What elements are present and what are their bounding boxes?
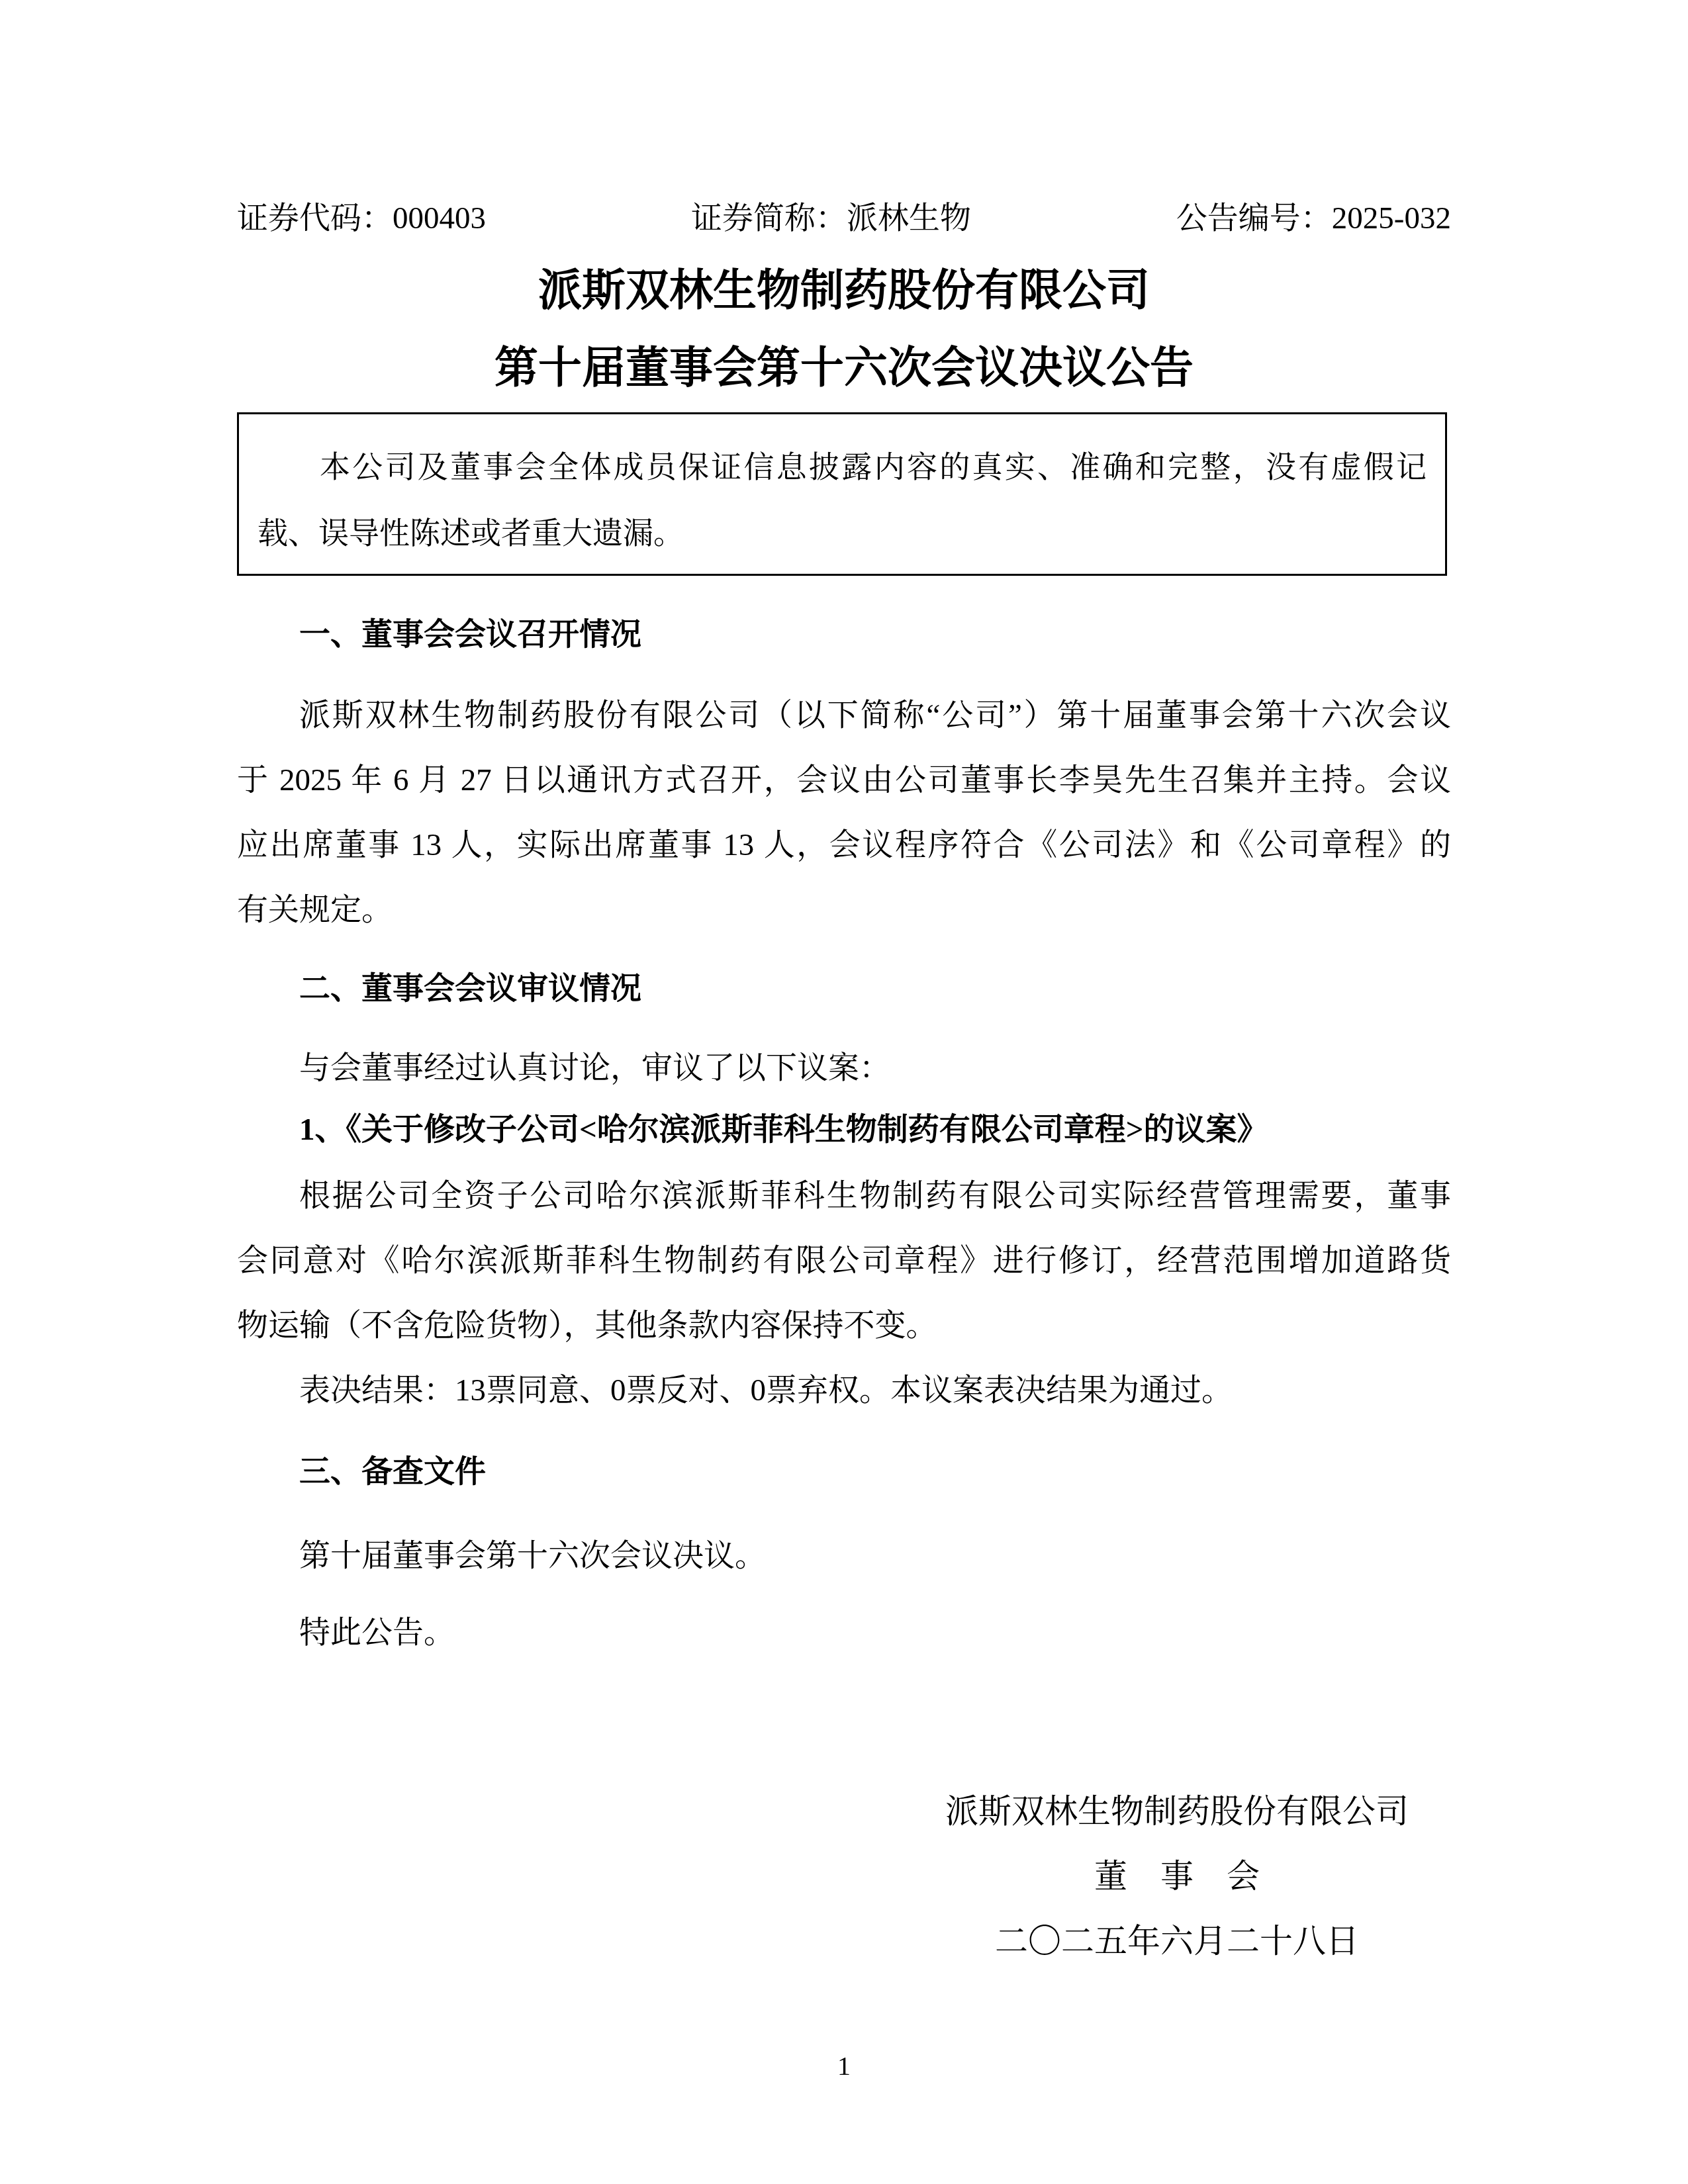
- text-line: 会同意对《哈尔滨派斯菲科生物制药有限公司章程》进行修订，经营范围增加道路货: [237, 1228, 1451, 1293]
- text-line: 根据公司全资子公司哈尔滨派斯菲科生物制药有限公司实际经营管理需要，董事: [237, 1163, 1451, 1228]
- section2-heading: 二、董事会会议审议情况: [237, 956, 1451, 1021]
- securities-header: 证券代码：000403 证券简称：派林生物 公告编号：2025-032: [237, 199, 1451, 238]
- closing-statement: 特此公告。: [237, 1600, 1451, 1665]
- text-line: 有关规定。: [237, 878, 1451, 942]
- stock-code: 证券代码：000403: [237, 199, 486, 238]
- section2-intro: 与会董事经过认真讨论，审议了以下议案：: [237, 1036, 1451, 1101]
- text-line: 载、误导性陈述或者重大遗漏。: [258, 500, 1427, 567]
- vote-result: 表决结果：13票同意、0票反对、0票弃权。本议案表决结果为通过。: [237, 1358, 1451, 1423]
- company-title: 派斯双林生物制药股份有限公司: [0, 267, 1688, 315]
- reference-document: 第十届董事会第十六次会议决议。: [237, 1524, 1451, 1588]
- announcement-number: 公告编号：2025-032: [1176, 199, 1451, 238]
- page-number: 1: [0, 2050, 1688, 2082]
- announcement-title: 第十届董事会第十六次会议决议公告: [0, 345, 1688, 392]
- text-line: 于 2025 年 6 月 27 日以通讯方式召开，会议由公司董事长李昊先生召集并…: [237, 748, 1451, 813]
- section1-heading: 一、董事会会议召开情况: [237, 602, 1451, 667]
- stock-abbreviation: 证券简称：派林生物: [691, 199, 971, 238]
- text-line: 派斯双林生物制药股份有限公司（以下简称“公司”）第十届董事会第十六次会议: [237, 683, 1451, 748]
- signature-block: 派斯双林生物制药股份有限公司 董 事 会 二〇二五年六月二十八日: [939, 1779, 1415, 1974]
- text-line: 应出席董事 13 人，实际出席董事 13 人，会议程序符合《公司法》和《公司章程…: [237, 813, 1451, 878]
- signature-company: 派斯双林生物制药股份有限公司: [939, 1779, 1415, 1844]
- text-line: 物运输（不含危险货物），其他条款内容保持不变。: [237, 1293, 1451, 1358]
- section3-heading: 三、备查文件: [237, 1439, 1451, 1504]
- section1-paragraph: 派斯双林生物制药股份有限公司（以下简称“公司”）第十届董事会第十六次会议于 20…: [237, 683, 1451, 942]
- proposal-title: 1、《关于修改子公司<哈尔滨派斯菲科生物制药有限公司章程>的议案》: [237, 1097, 1451, 1162]
- announcement-page: 证券代码：000403 证券简称：派林生物 公告编号：2025-032 派斯双林…: [0, 0, 1688, 2184]
- disclaimer-box: 本公司及董事会全体成员保证信息披露内容的真实、准确和完整，没有虚假记载、误导性陈…: [237, 412, 1447, 576]
- section2-paragraph: 根据公司全资子公司哈尔滨派斯菲科生物制药有限公司实际经营管理需要，董事会同意对《…: [237, 1163, 1451, 1358]
- signature-date: 二〇二五年六月二十八日: [939, 1909, 1415, 1974]
- text-line: 本公司及董事会全体成员保证信息披露内容的真实、准确和完整，没有虚假记: [258, 434, 1427, 500]
- signature-board: 董 事 会: [939, 1844, 1415, 1909]
